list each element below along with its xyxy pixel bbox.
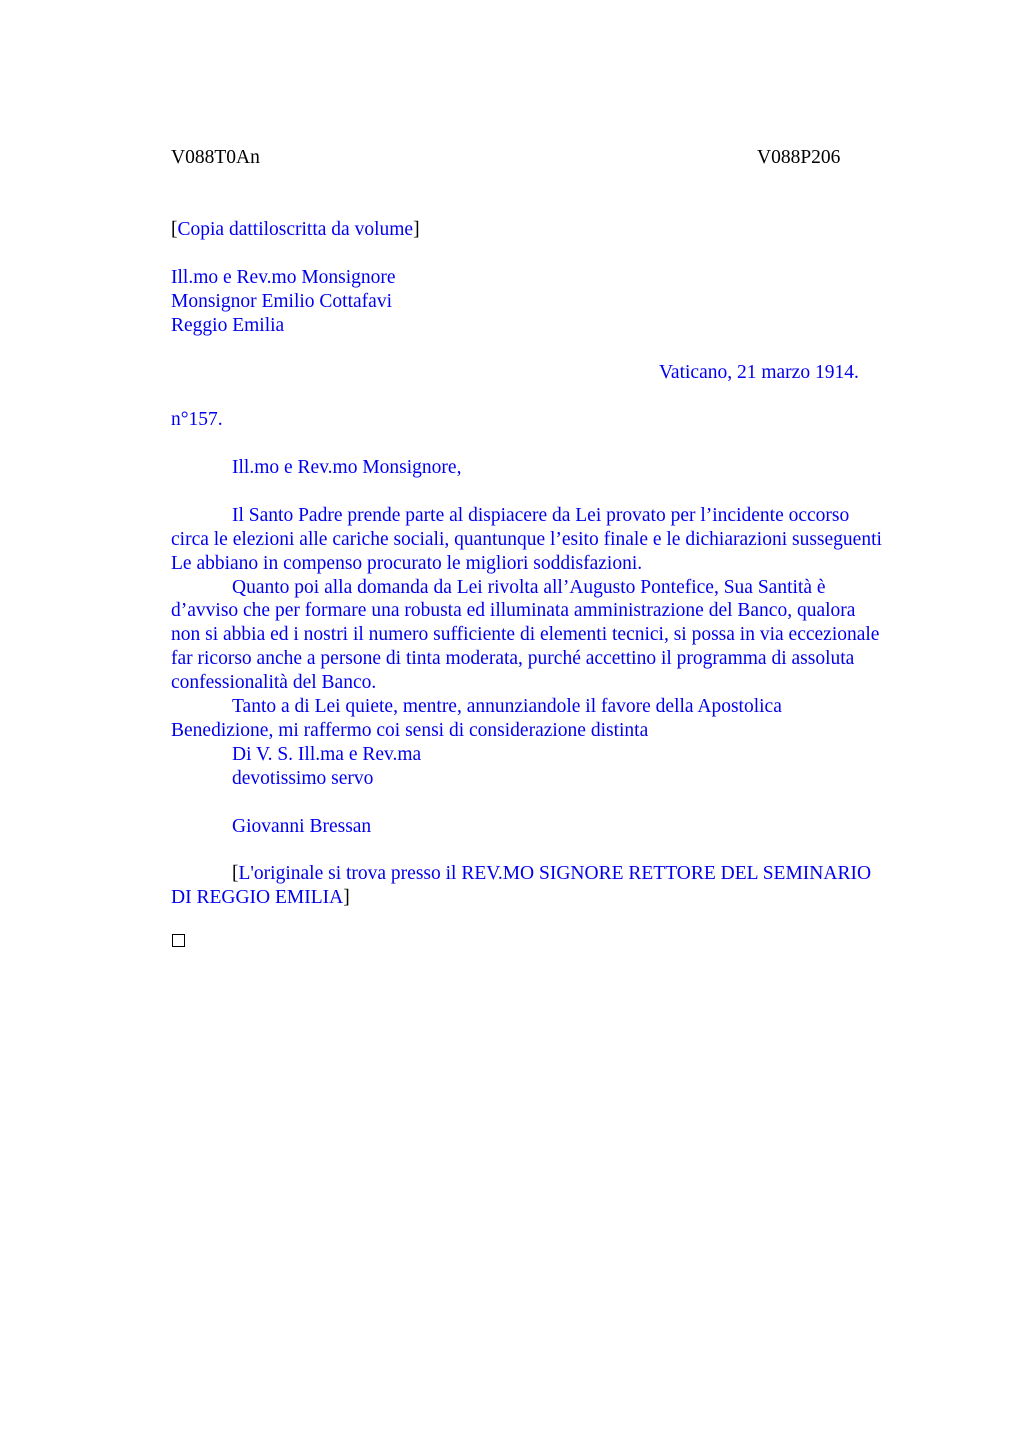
recipient-address: Ill.mo e Rev.mo Monsignore Monsignor Emi… [171,266,396,338]
paragraph: Tanto a di Lei quiete, mentre, annunzian… [171,695,931,743]
paragraph-line: Quanto poi alla domanda da Lei rivolta a… [171,576,931,600]
copy-note-text: Copia dattiloscritta da volume [178,219,414,240]
address-line: Monsignor Emilio Cottafavi [171,290,396,314]
footnote-text: L'originale si trova presso il REV.MO SI… [239,863,872,884]
closing-line: devotissimo servo [171,767,931,791]
letter-body: Ill.mo e Rev.mo Monsignore, Il Santo Pad… [171,456,931,910]
paragraph-line: Tanto a di Lei quiete, mentre, annunzian… [171,695,931,719]
paragraph-line: Benedizione, mi raffermo coi sensi di co… [171,719,931,743]
closing-line: Di V. S. Ill.ma e Rev.ma [171,743,931,767]
footnote-text: DI REGGIO EMILIA [171,887,343,908]
paragraph-line: confessionalità del Banco. [171,671,931,695]
footnote-close-bracket: ] [343,887,350,908]
document-code-right: V088P206 [757,146,840,170]
copy-note-close-bracket: ] [413,219,420,240]
paragraph-line: circa le elezioni alle cariche sociali, … [171,528,931,552]
letter-date: Vaticano, 21 marzo 1914. [659,361,859,385]
footnote-line: [L'originale si trova presso il REV.MO S… [171,862,931,886]
paragraph: Quanto poi alla domanda da Lei rivolta a… [171,576,931,696]
paragraph-line: non si abbia ed i nostri il numero suffi… [171,623,931,647]
letter-number: n°157. [171,408,223,432]
empty-square-icon [172,934,185,947]
paragraph-line: Le abbiano in compenso procurato le migl… [171,552,931,576]
paragraph-line: far ricorso anche a persone di tinta mod… [171,647,931,671]
signature: Giovanni Bressan [171,815,931,839]
footnote-line: DI REGGIO EMILIA] [171,886,931,910]
address-line: Reggio Emilia [171,314,396,338]
document-code-left: V088T0An [171,146,260,170]
paragraph: Il Santo Padre prende parte al dispiacer… [171,504,931,576]
paragraph-line: d’avviso che per formare una robusta ed … [171,599,931,623]
address-line: Ill.mo e Rev.mo Monsignore [171,266,396,290]
salutation: Ill.mo e Rev.mo Monsignore, [171,456,931,480]
footnote: [L'originale si trova presso il REV.MO S… [171,862,931,910]
copy-note: [Copia dattiloscritta da volume] [171,218,420,242]
paragraph-line: Il Santo Padre prende parte al dispiacer… [171,504,931,528]
